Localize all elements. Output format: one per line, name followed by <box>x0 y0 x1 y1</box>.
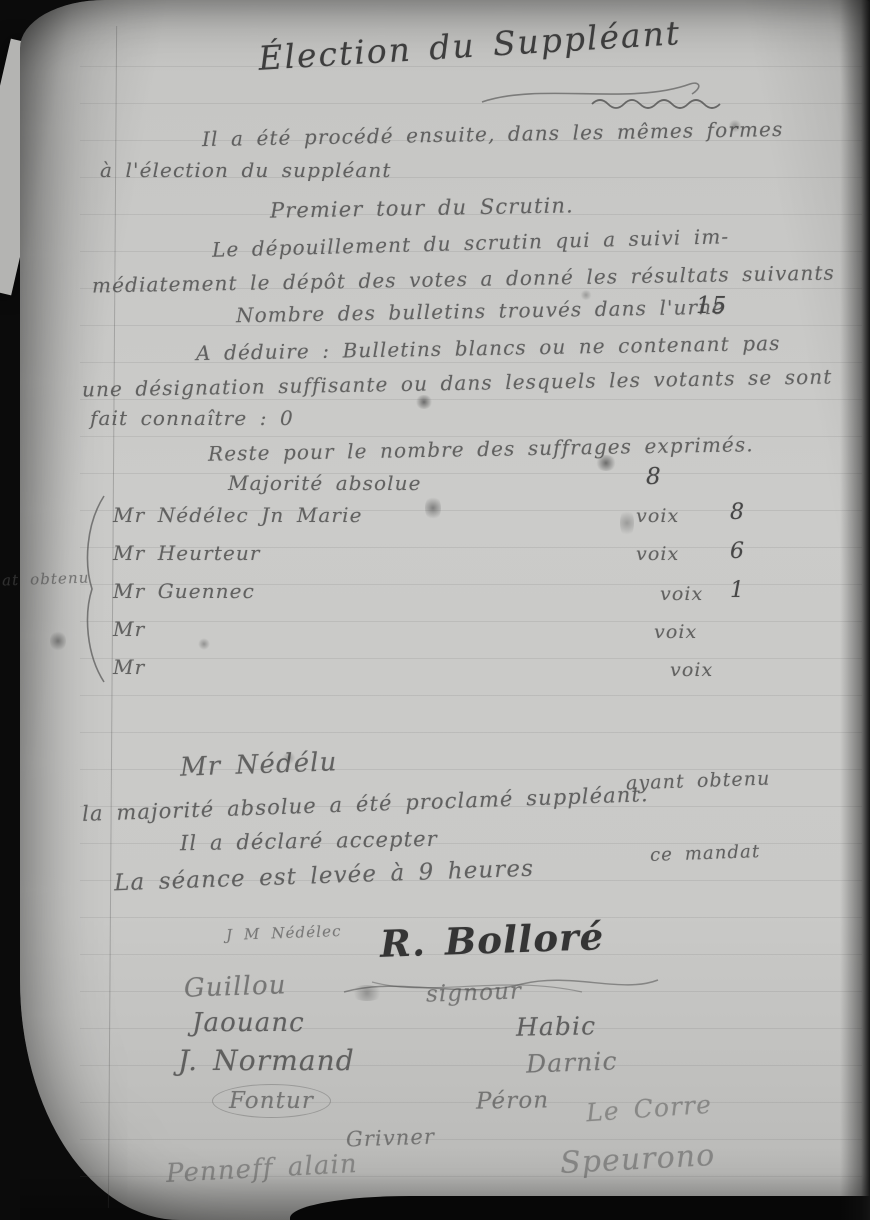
signature: Jaouanc <box>192 1008 305 1038</box>
list-brace <box>82 494 108 684</box>
voix-label: voix <box>660 583 703 605</box>
voix-value: 1 <box>730 578 745 603</box>
closing-line-3b: ce mandat <box>650 841 761 866</box>
voix-label: voix <box>636 543 679 565</box>
signature: R. Bolloré <box>379 914 605 966</box>
candidate-name: Mr Nédélec Jn Marie <box>113 503 363 527</box>
ink-stain <box>282 752 296 764</box>
ink-stain <box>350 985 384 1001</box>
bulletins-value: 15 <box>696 293 727 319</box>
ink-stain <box>728 120 742 132</box>
photo-background-bottom <box>290 1196 870 1220</box>
candidate-name: Mr Guennec <box>113 579 255 603</box>
candidate-name: Mr <box>113 617 145 641</box>
candidate-name: Mr Heurteur <box>113 541 261 565</box>
majorite-label: Majorité absolue <box>228 471 422 495</box>
underline-squiggle <box>590 96 750 110</box>
page-right-edge-shadow <box>840 0 870 1220</box>
voix-value: 8 <box>730 500 745 525</box>
ink-stain <box>580 290 592 300</box>
circled-signature: Fontur <box>212 1084 331 1118</box>
manuscript-photo: Élection du Suppléant Il a été procédé e… <box>0 0 870 1220</box>
ink-stain <box>595 455 617 471</box>
signature: Péron <box>476 1087 550 1114</box>
signature: Habic <box>516 1011 597 1041</box>
ink-stain <box>415 395 433 409</box>
intro-line-2: à l'élection du suppléant <box>100 158 392 182</box>
signature: Guillou <box>184 970 288 1004</box>
signature: Darnic <box>526 1046 619 1078</box>
ink-stain <box>198 638 210 650</box>
signature: Grivner <box>346 1124 436 1151</box>
closing-line-3a: Il a déclaré accepter <box>180 827 438 855</box>
signature: J. Normand <box>178 1044 355 1077</box>
proclaimed-name: Mr Nédélu <box>180 747 338 782</box>
ink-stain <box>50 630 66 652</box>
voix-label: voix <box>654 621 697 643</box>
voix-value: 6 <box>730 539 745 564</box>
majorite-value: 8 <box>646 464 662 490</box>
signature: signour <box>426 978 523 1007</box>
ink-stain <box>620 508 634 538</box>
ink-stain <box>425 495 441 521</box>
margin-note: at obtenu <box>2 568 90 589</box>
candidate-name: Mr <box>113 655 145 679</box>
voix-label: voix <box>670 659 713 681</box>
register-page: Élection du Suppléant Il a été procédé e… <box>20 0 870 1220</box>
deduire-line-3: fait connaître : 0 <box>90 406 294 430</box>
voix-label: voix <box>636 505 679 527</box>
signature: Fontur <box>212 1084 331 1118</box>
